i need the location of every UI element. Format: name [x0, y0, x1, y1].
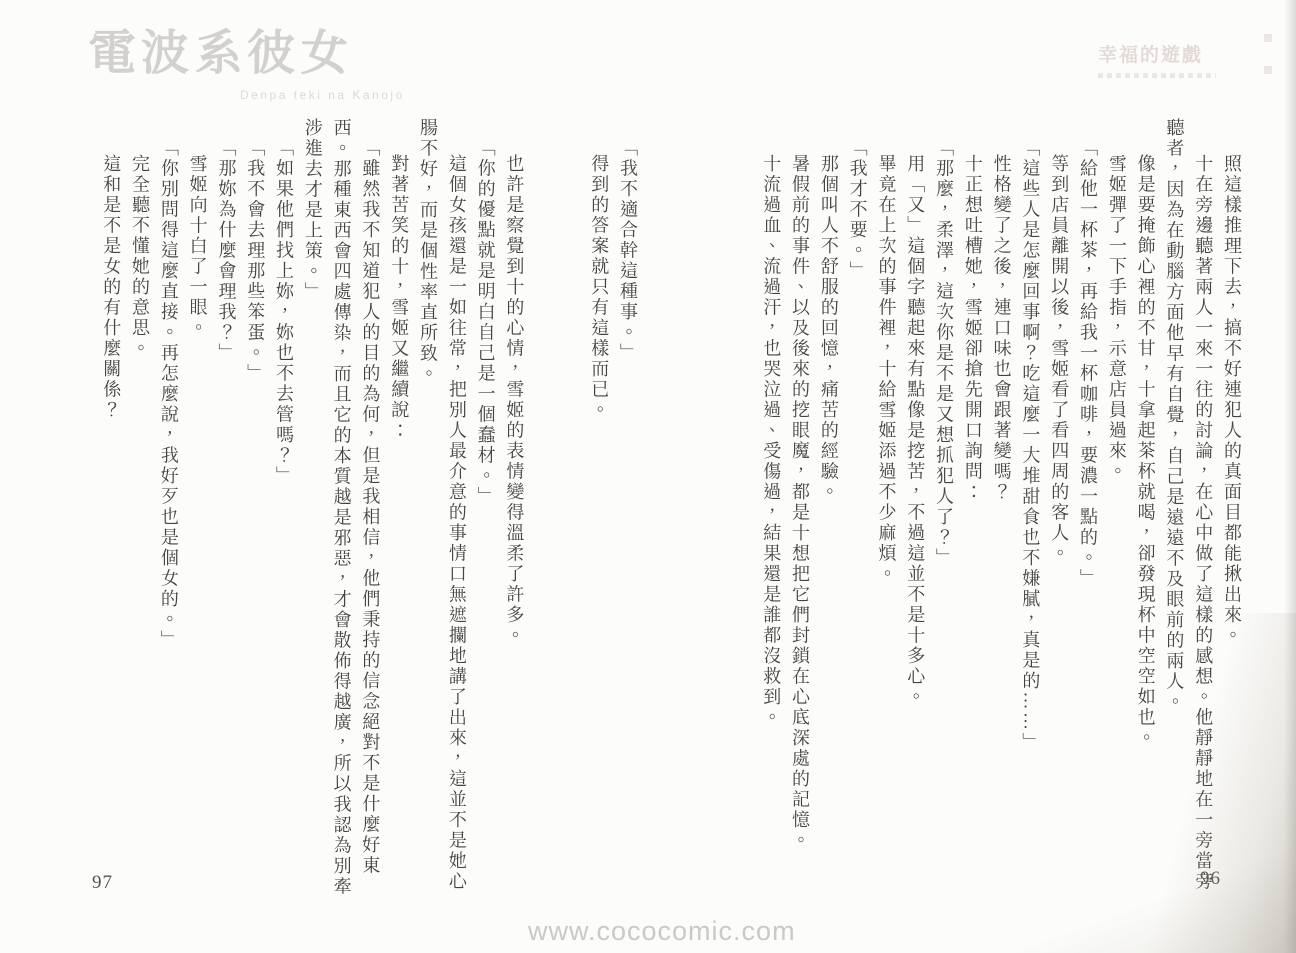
text-column-paragraph: 「如果他們找上妳，妳也不去管嗎？」 [269, 118, 298, 912]
watermark-url: www.cococomic.com [528, 916, 796, 947]
chapter-corner-mark [1264, 34, 1272, 42]
text-column-paragraph: 「那麼，柔澤，這次你是不是又想抓犯人了？」 [929, 118, 958, 912]
text-column-paragraph: 畢竟在上次的事件裡，十給雪姬添過不少麻煩。 [872, 118, 901, 912]
chapter-heading: 幸福的遊戲 [1098, 40, 1258, 78]
text-column-paragraph: 也許是察覺到十的心情，雪姬的表情變得溫柔了許多。 [500, 118, 529, 912]
chapter-corner-mark [1264, 66, 1272, 74]
text-column-paragraph: 十流過血、流過汗，也哭泣過、受傷過，結果還是誰都沒救到。 [756, 118, 785, 912]
text-column-paragraph: 「給他一杯茶，再給我一杯咖啡，要濃一點的。」 [1073, 118, 1102, 912]
text-column-paragraph: 十正想吐槽她，雪姬卻搶先開口詢問： [958, 118, 987, 912]
series-logo-title: 電波系彼女 [88, 30, 508, 78]
series-logo-romaji: Denpa teki na Kanojo [240, 88, 405, 102]
text-column-paragraph: 「我不適合幹這種事。」 [613, 118, 642, 912]
text-column-paragraph: 這和是不是女的有什麼關係？ [96, 118, 125, 912]
text-column-paragraph: 雪姬向十白了一眼。 [183, 118, 212, 912]
text-column-paragraph: 「那妳為什麼會理我？」 [212, 118, 241, 912]
text-column-paragraph: 「我才不要。」 [843, 118, 872, 912]
text-column-paragraph: 對著苦笑的十，雪姬又繼續說： [384, 118, 413, 912]
text-column-paragraph: 這個女孩還是一如往常，把別人最介意的事情口無遮攔地講了出來，這並不是她心腸不好，… [413, 118, 471, 912]
chapter-subtitle-decoration [1098, 73, 1216, 78]
text-column-paragraph: 性格變了之後，連口味也會跟著變嗎？ [987, 118, 1016, 912]
page-97-text-block: 「我不適合幹這種事。」得到的答案就只有這樣而已。也許是察覺到十的心情，雪姬的表情… [58, 118, 642, 912]
text-column-paragraph: 得到的答案就只有這樣而已。 [584, 118, 613, 912]
book-spread-scan: 電波系彼女 Denpa teki na Kanojo 幸福的遊戲 照這樣推理下去… [0, 0, 1296, 953]
text-column-paragraph: 「你的優點就是明白自己是一個蠢材。」 [471, 118, 500, 912]
text-column-paragraph: 暑假前的事件、以及後來的挖眼魔，都是十想把它們封鎖在心底深處的記憶。 [785, 118, 814, 912]
page-curl-shadow-bottom [966, 833, 1296, 953]
text-column-paragraph: 那個叫人不舒服的回憶，痛苦的經驗。 [814, 118, 843, 912]
section-gap [528, 118, 584, 912]
text-column-paragraph: 用「又」這個字聽起來有點像是挖苦，不過這並不是十多心。 [900, 118, 929, 912]
page-edge-shadow [1284, 0, 1296, 953]
text-column-paragraph: 「這些人是怎麼回事啊？吃這麼一大堆甜食也不嫌膩，真是的……」 [1016, 118, 1045, 912]
text-column-paragraph: 「你別問得這麼直接。再怎麼說，我好歹也是個女的。」 [154, 118, 183, 912]
page-number-97: 97 [92, 872, 113, 894]
text-column-paragraph: 「雖然我不知道犯人的目的為何，但是我相信，他們秉持的信念絕對不是什麼好東西。那種… [298, 118, 384, 912]
series-logo: 電波系彼女 Denpa teki na Kanojo [88, 30, 508, 110]
chapter-title: 幸福的遊戲 [1098, 40, 1258, 67]
text-column-paragraph: 等到店員離開以後，雪姬看了看四周的客人。 [1044, 118, 1073, 912]
text-column-paragraph: 完全聽不懂她的意思。 [125, 118, 154, 912]
text-column-paragraph: 「我不會去理那些笨蛋。」 [240, 118, 269, 912]
